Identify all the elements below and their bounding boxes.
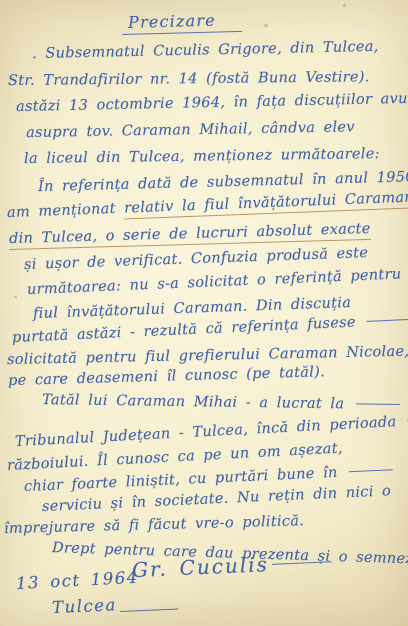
underlined-text: relativ la fiul învățătorului Caraman [124, 189, 408, 219]
line-text: și ușor de verificat. Confuzia produsă e… [24, 245, 369, 273]
paper-speck [343, 4, 346, 7]
line-text: Tatăl lui Caraman Mihai - a lucrat la [42, 392, 344, 412]
line-text: la liceul din Tulcea, menționez următoar… [24, 146, 380, 167]
line-text: împrejurare să fi făcut vre-o politică. [4, 513, 305, 537]
underlined-text: din Tulcea, o serie de lucruri absolut e… [9, 221, 371, 250]
handwritten-line: Tribunalul Județean - Tulcea, încă din p… [15, 411, 408, 450]
line-text: astăzi 13 octombrie 1964, în fața discuț… [16, 90, 408, 115]
handwritten-line: Str. Trandafirilor nr. 14 (fostă Buna Ve… [8, 69, 370, 89]
handwritten-line: următoarea: nu s-a solicitat o referință… [27, 266, 402, 298]
line-text: pe care deasemeni îl cunosc (pe tatăl). [8, 364, 325, 389]
paper-speck [14, 296, 17, 298]
line-text: Str. Trandafirilor nr. 14 (fostă Buna Ve… [8, 69, 370, 89]
paper-speck [264, 24, 268, 27]
handwritten-line: astăzi 13 octombrie 1964, în fața discuț… [16, 90, 408, 115]
place-line: Tulcea [52, 593, 178, 617]
handwritten-line: Tatăl lui Caraman Mihai - a lucrat la [42, 392, 400, 413]
line-text: următoarea: nu s-a solicitat o referință… [27, 266, 402, 298]
line-text: . Subsemnatul Cuculis Grigore, din Tulce… [32, 39, 379, 62]
handwritten-line: asupra tov. Caraman Mihail, cândva elev [26, 119, 355, 141]
handwritten-line: și ușor de verificat. Confuzia produsă e… [24, 245, 369, 273]
handwritten-line: împrejurare să fi făcut vre-o politică. [4, 513, 305, 537]
document-title: Precizare [122, 10, 242, 35]
handwritten-line: solicitată pentru fiul grefierului Caram… [7, 344, 408, 368]
handwritten-line: din Tulcea, o serie de lucruri absolut e… [9, 221, 371, 247]
date-line: 13 oct 1964 [16, 568, 140, 593]
handwritten-line: . Subsemnatul Cuculis Grigore, din Tulce… [32, 39, 379, 62]
line-text: solicitată pentru fiul grefierului Caram… [7, 344, 408, 368]
handwritten-line: la liceul din Tulcea, menționez următoar… [24, 146, 380, 167]
scanned-handwritten-document: Precizare . Subsemnatul Cuculis Grigore,… [0, 0, 408, 626]
line-text: am menționat [7, 201, 125, 221]
handwritten-line: pe care deasemeni îl cunosc (pe tatăl). [8, 364, 325, 389]
line-text: asupra tov. Caraman Mihail, cândva elev [26, 119, 355, 141]
